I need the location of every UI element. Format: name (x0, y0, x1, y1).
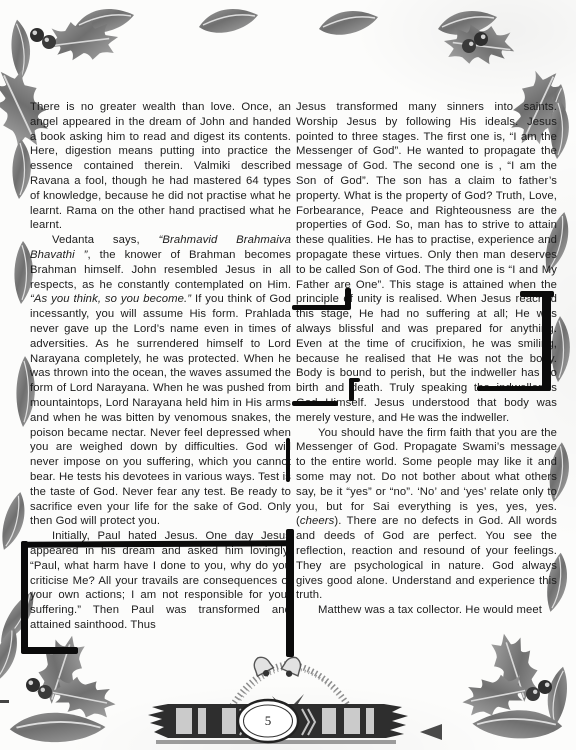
italic-text: “As you think, so you become.” (30, 293, 191, 305)
italic-text: cheers (300, 515, 335, 527)
paragraph: Jesus transformed many sinners into sain… (296, 100, 557, 426)
body-text: ). There are no defects in God. All word… (296, 515, 557, 601)
smooth-leaf-icon (9, 19, 34, 81)
bell-icon (250, 654, 276, 681)
body-text: You should have the firm faith that you … (296, 427, 557, 528)
holly-berries-icon (26, 678, 52, 699)
bell-icon (280, 654, 305, 680)
smooth-leaf-icon (543, 665, 572, 727)
stray-vertical-mark (286, 438, 290, 482)
marker-box-bottom-hook (21, 647, 78, 654)
bell-spray-ornament (232, 654, 347, 720)
scan-speck (0, 700, 9, 703)
paragraph: Matthew was a tax collector. He would me… (296, 603, 557, 618)
paragraph: There is no greater wealth than love. On… (30, 100, 291, 233)
holly-leaf-icon (46, 673, 118, 721)
holly-berries-icon (30, 28, 56, 49)
body-text: Jesus transformed many sinners into sain… (296, 101, 557, 424)
smooth-leaf-icon (12, 139, 30, 199)
paragraph: Vedanta says, “Brahmavid Brahmaiva Bhava… (30, 233, 291, 529)
smooth-leaf-icon (9, 706, 107, 750)
left-column: There is no greater wealth than love. On… (30, 100, 291, 633)
body-text: Matthew was a tax collector. He would me… (318, 604, 542, 616)
holly-berries-icon (526, 680, 552, 701)
paragraph: You should have the firm faith that you … (296, 426, 557, 604)
scan-speck (420, 724, 442, 740)
page-number: 5 (253, 713, 283, 729)
scanned-page: There is no greater wealth than love. On… (0, 0, 576, 750)
marker-underline-are-one (292, 305, 349, 310)
smooth-leaf-icon (75, 9, 134, 33)
holly-leaf-icon (441, 18, 518, 71)
body-text: Vedanta says, (52, 234, 159, 246)
body-text: There is no greater wealth than love. On… (30, 101, 291, 231)
marker-insert-tick-top (349, 378, 360, 382)
holly-leaf-icon (44, 14, 121, 67)
smooth-leaf-icon (199, 9, 258, 33)
holly-leaf-icon (459, 671, 531, 719)
smooth-leaf-icon (0, 624, 23, 687)
smooth-leaf-icon (319, 11, 378, 35)
holly-leaf-icon (487, 628, 545, 707)
marker-underline-riser (345, 288, 351, 310)
smooth-leaf-icon (438, 11, 497, 35)
holly-berries-icon (462, 32, 488, 53)
marker-box-left (21, 541, 28, 653)
holly-leaf-icon (31, 630, 89, 709)
marker-underline-the-body (292, 401, 338, 406)
marker-underline-was-not (477, 386, 551, 391)
smooth-leaf-icon (471, 704, 563, 746)
body-text: If you think of God incessantly, you wil… (30, 293, 291, 527)
marker-bracket-side (542, 291, 551, 390)
right-column: Jesus transformed many sinners into sain… (296, 100, 557, 618)
marker-box-right (286, 529, 294, 657)
